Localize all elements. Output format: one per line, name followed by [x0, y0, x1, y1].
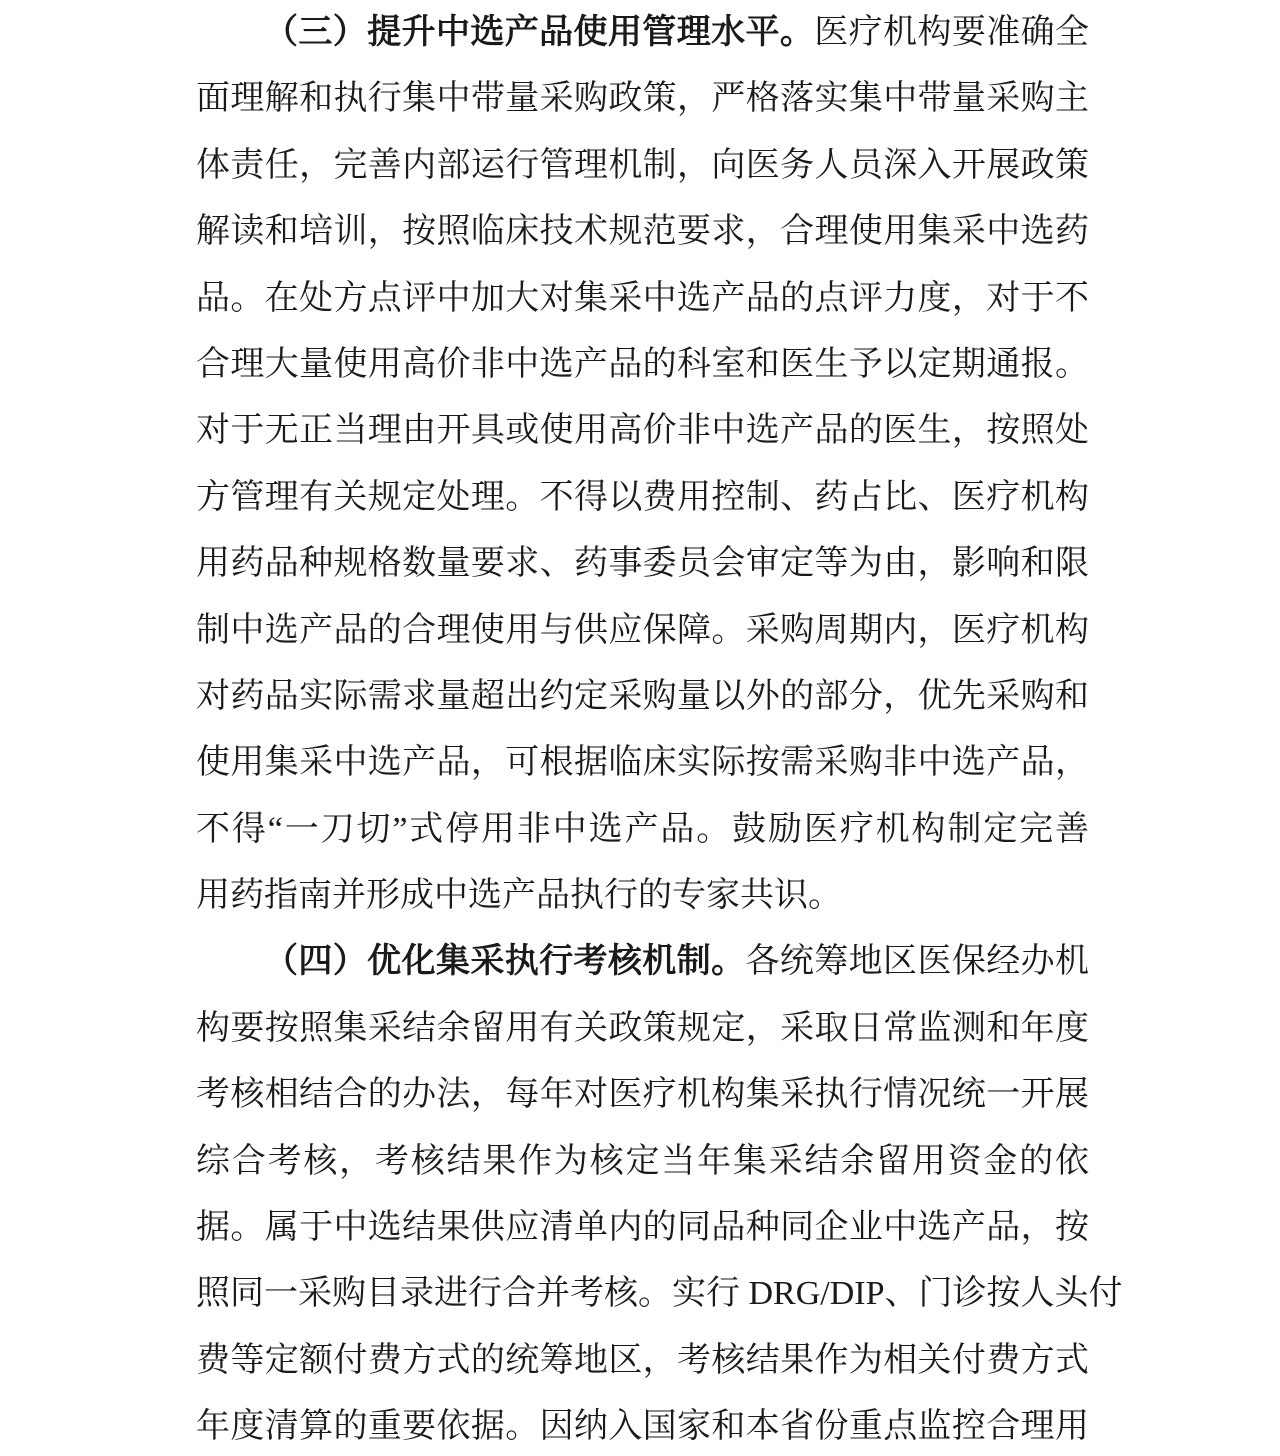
body-text: 构要按照集采结余留用有关政策规定，采取日常监测和年度 [196, 1010, 1089, 1047]
body-text: 不得“一刀切”式停用非中选产品。鼓励医疗机构制定完善 [196, 811, 1089, 848]
text-line: 使用集采中选产品，可根据临床实际按需采购非中选产品， [196, 730, 1089, 796]
section-heading: （三）提升中选产品使用管理水平。 [264, 14, 814, 51]
text-line: 考核相结合的办法，每年对医疗机构集采执行情况统一开展 [196, 1062, 1089, 1128]
body-text: 品。在处方点评中加大对集采中选产品的点评力度，对于不 [196, 280, 1089, 317]
text-line: 制中选产品的合理使用与供应保障。采购周期内，医疗机构 [196, 598, 1089, 664]
body-text: 对药品实际需求量超出约定采购量以外的部分，优先采购和 [196, 678, 1089, 715]
text-line: 费等定额付费方式的统筹地区，考核结果作为相关付费方式 [196, 1328, 1089, 1394]
body-text: 合理大量使用高价非中选产品的科室和医生予以定期通报。 [196, 346, 1089, 383]
text-line: 体责任，完善内部运行管理机制，向医务人员深入开展政策 [196, 133, 1089, 199]
body-text: 据。属于中选结果供应清单内的同品种同企业中选产品，按 [196, 1209, 1089, 1246]
body-text: 考核相结合的办法，每年对医疗机构集采执行情况统一开展 [196, 1076, 1089, 1113]
text-line: 年度清算的重要依据。因纳入国家和本省份重点监控合理用 [196, 1394, 1089, 1456]
text-line: 照同一采购目录进行合并考核。实行 DRG/DIP、门诊按人头付 [196, 1261, 1089, 1327]
body-text: 使用集采中选产品，可根据临床实际按需采购非中选产品， [196, 744, 1089, 781]
text-line: 合理大量使用高价非中选产品的科室和医生予以定期通报。 [196, 332, 1089, 398]
document-page: （三）提升中选产品使用管理水平。医疗机构要准确全面理解和执行集中带量采购政策，严… [0, 0, 1280, 1456]
body-text: 面理解和执行集中带量采购政策，严格落实集中带量采购主 [196, 80, 1089, 117]
paragraph-section-3: （三）提升中选产品使用管理水平。医疗机构要准确全面理解和执行集中带量采购政策，严… [196, 0, 1089, 929]
text-line: 用药指南并形成中选产品执行的专家共识。 [196, 863, 1089, 929]
text-line: 方管理有关规定处理。不得以费用控制、药占比、医疗机构 [196, 465, 1089, 531]
body-text: 各统筹地区医保经办机 [745, 943, 1089, 980]
text-line: 构要按照集采结余留用有关政策规定，采取日常监测和年度 [196, 996, 1089, 1062]
text-line: 对于无正当理由开具或使用高价非中选产品的医生，按照处 [196, 398, 1089, 464]
text-line: 品。在处方点评中加大对集采中选产品的点评力度，对于不 [196, 266, 1089, 332]
body-text: 用药指南并形成中选产品执行的专家共识。 [196, 877, 842, 914]
body-text: 年度清算的重要依据。因纳入国家和本省份重点监控合理用 [196, 1408, 1089, 1445]
body-text: 用药品种规格数量要求、药事委员会审定等为由，影响和限 [196, 545, 1089, 582]
body-text: 方管理有关规定处理。不得以费用控制、药占比、医疗机构 [196, 479, 1089, 516]
text-line: 面理解和执行集中带量采购政策，严格落实集中带量采购主 [196, 66, 1089, 132]
body-text: 制中选产品的合理使用与供应保障。采购周期内，医疗机构 [196, 612, 1089, 649]
body-text: 解读和培训，按照临床技术规范要求，合理使用集采中选药 [196, 213, 1089, 250]
text-line: 对药品实际需求量超出约定采购量以外的部分，优先采购和 [196, 664, 1089, 730]
text-line: 用药品种规格数量要求、药事委员会审定等为由，影响和限 [196, 531, 1089, 597]
body-text: 对于无正当理由开具或使用高价非中选产品的医生，按照处 [196, 412, 1089, 449]
body-text: 费等定额付费方式的统筹地区，考核结果作为相关付费方式 [196, 1342, 1089, 1379]
text-line: （三）提升中选产品使用管理水平。医疗机构要准确全 [196, 0, 1089, 66]
section-heading: （四）优化集采执行考核机制。 [264, 943, 745, 980]
text-line: 解读和培训，按照临床技术规范要求，合理使用集采中选药 [196, 199, 1089, 265]
document-body: （三）提升中选产品使用管理水平。医疗机构要准确全面理解和执行集中带量采购政策，严… [196, 0, 1089, 1456]
text-line: 不得“一刀切”式停用非中选产品。鼓励医疗机构制定完善 [196, 797, 1089, 863]
text-line: 据。属于中选结果供应清单内的同品种同企业中选产品，按 [196, 1195, 1089, 1261]
body-text: 照同一采购目录进行合并考核。实行 DRG/DIP、门诊按人头付 [196, 1275, 1123, 1312]
body-text: 体责任，完善内部运行管理机制，向医务人员深入开展政策 [196, 147, 1089, 184]
paragraph-section-4: （四）优化集采执行考核机制。各统筹地区医保经办机构要按照集采结余留用有关政策规定… [196, 929, 1089, 1456]
text-line: 综合考核，考核结果作为核定当年集采结余留用资金的依 [196, 1129, 1089, 1195]
body-text: 医疗机构要准确全 [814, 14, 1089, 51]
body-text: 综合考核，考核结果作为核定当年集采结余留用资金的依 [196, 1143, 1089, 1180]
text-line: （四）优化集采执行考核机制。各统筹地区医保经办机 [196, 929, 1089, 995]
